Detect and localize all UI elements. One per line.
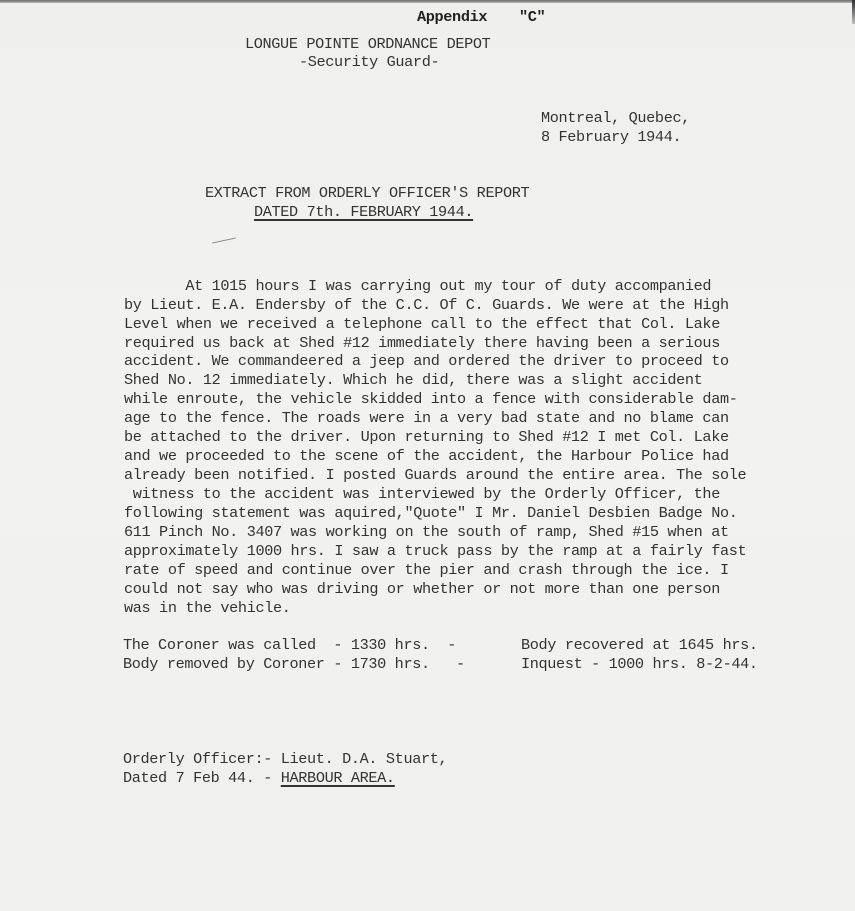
timeline-left: The Coroner was called - 1330 hrs. - — [123, 636, 456, 655]
body-line: by Lieut. E.A. Endersby of the C.C. Of C… — [124, 296, 729, 315]
body-line: accident. We commandeered a jeep and ord… — [124, 352, 729, 371]
dated-prefix: Dated 7 Feb 44. - — [123, 769, 281, 787]
body-line: be attached to the driver. Upon returnin… — [124, 428, 729, 447]
body-line: could not say who was driving or whether… — [124, 580, 720, 599]
body-line: approximately 1000 hrs. I saw a truck pa… — [124, 542, 746, 561]
dateline-place: Montreal, Quebec, — [541, 109, 690, 128]
body-line: Level when we received a telephone call … — [124, 315, 720, 334]
signature-dated: Dated 7 Feb 44. - HARBOUR AREA. — [123, 769, 395, 788]
report-title-date: DATED 7th. FEBRUARY 1944. — [254, 203, 473, 222]
document-page: Appendix "C" LONGUE POINTE ORDNANCE DEPO… — [0, 0, 855, 911]
body-line: following statement was aquired,"Quote" … — [124, 504, 737, 523]
area-label: HARBOUR AREA. — [281, 769, 395, 787]
orderly-officer: Orderly Officer:- Lieut. D.A. Stuart, — [123, 750, 447, 769]
body-line: already been notified. I posted Guards a… — [124, 466, 746, 485]
organization-subunit: -Security Guard- — [299, 53, 439, 72]
timeline-left: Body removed by Coroner - 1730 hrs. - — [123, 655, 465, 674]
body-line: while enroute, the vehicle skidded into … — [124, 390, 737, 409]
appendix-letter: "C" — [519, 8, 545, 27]
body-line: and we proceeded to the scene of the acc… — [124, 447, 729, 466]
timeline-right: Body recovered at 1645 hrs. — [521, 636, 758, 655]
body-line: age to the fence. The roads were in a ve… — [124, 409, 729, 428]
stray-mark — [212, 238, 236, 244]
dateline-date: 8 February 1944. — [541, 128, 681, 147]
body-line: At 1015 hours I was carrying out my tour… — [124, 277, 711, 296]
page-top-edge — [0, 0, 855, 3]
body-line: witness to the accident was interviewed … — [124, 485, 720, 504]
body-line: 611 Pinch No. 3407 was working on the so… — [124, 523, 729, 542]
appendix-label: Appendix — [417, 8, 487, 27]
body-line: Shed No. 12 immediately. Which he did, t… — [124, 371, 702, 390]
body-line: was in the vehicle. — [124, 599, 291, 618]
organization-name: LONGUE POINTE ORDNANCE DEPOT — [245, 35, 490, 54]
body-line: required us back at Shed #12 immediately… — [124, 334, 720, 353]
timeline-right: Inquest - 1000 hrs. 8-2-44. — [521, 655, 758, 674]
body-line: rate of speed and continue over the pier… — [124, 561, 729, 580]
report-title: EXTRACT FROM ORDERLY OFFICER'S REPORT — [205, 184, 529, 203]
